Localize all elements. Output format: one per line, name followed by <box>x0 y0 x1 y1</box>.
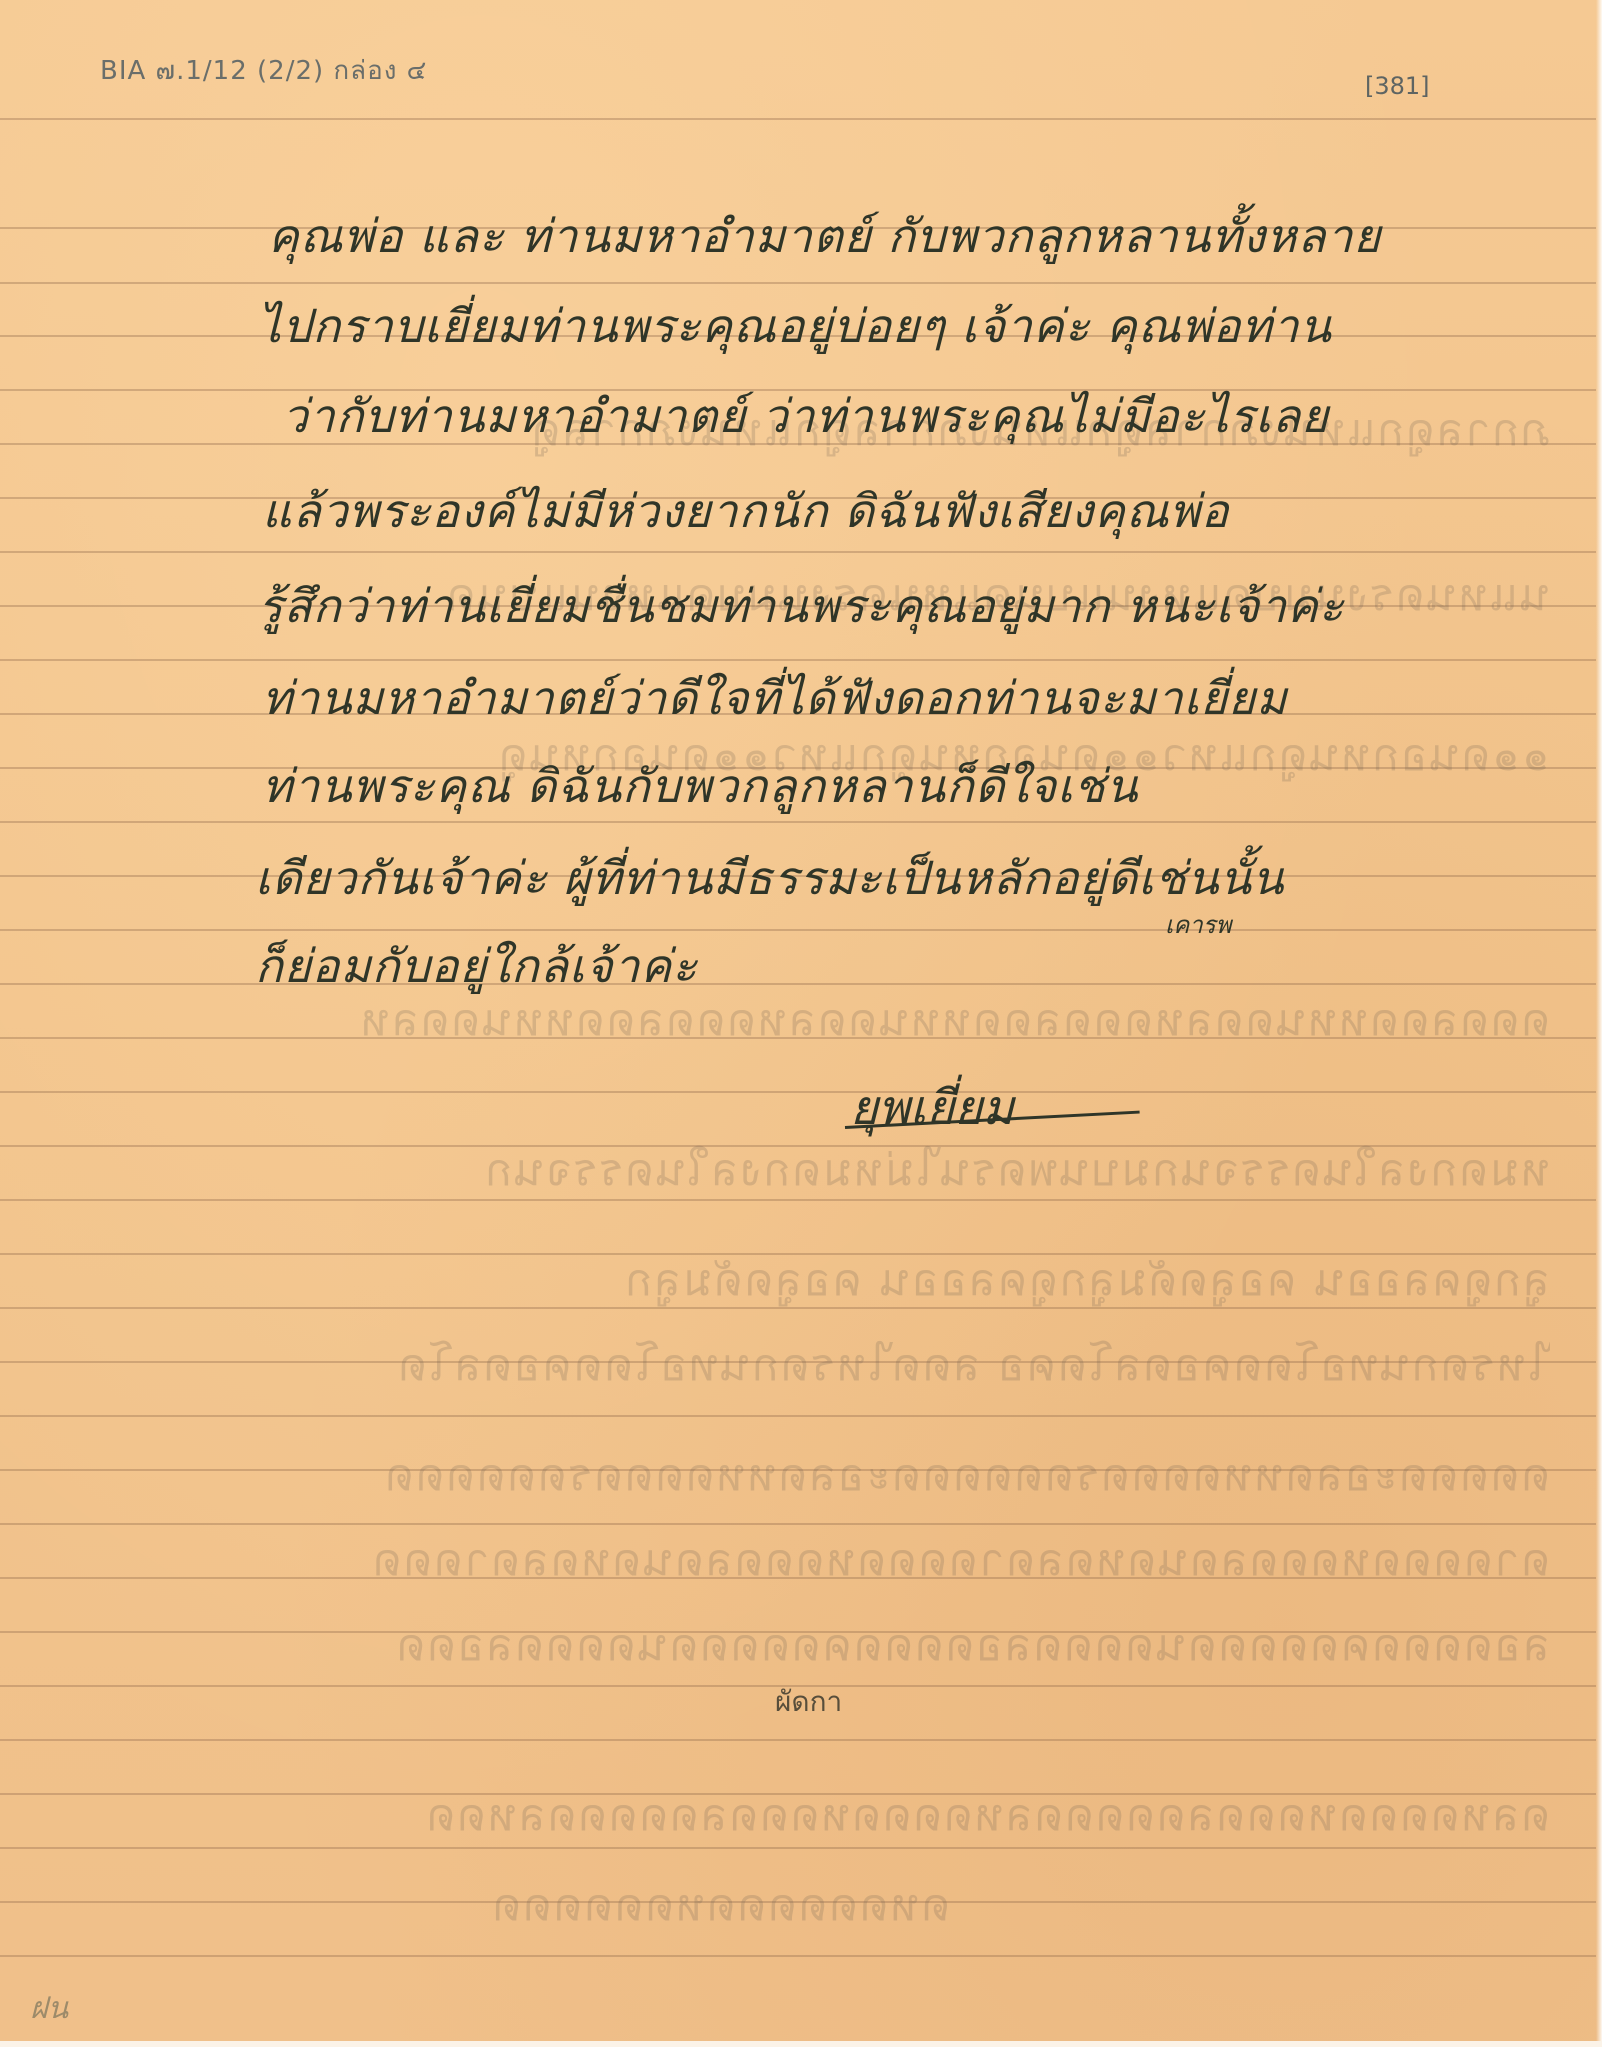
ruled-line <box>0 282 1596 284</box>
bleed-through-texture: ดหดดดดดดหดดดดดด <box>250 1870 950 1940</box>
signature: ยุพเยี่ยม <box>850 1070 1014 1146</box>
paper-edge-right <box>1596 0 1602 2047</box>
bleed-through-texture: ดลหดดดดหดดดลดดดดดลหดดดดหดดดลดดดดดลหดด <box>30 1780 1550 1850</box>
bleed-through-texture: ดาดดดดหดดดลดนดหดลดาดดดดหดดดลดนดหดลดาดดด <box>30 1525 1550 1595</box>
bleed-through-texture: หมดกงลในดรรจนกมบนพดรนไม่หมดกงลในดรรจนก <box>30 1135 1550 1205</box>
bleed-through-texture: ลอดดดดคดดดดดนดดดดลอดดดดคดดดดดนดดดดลอดด <box>30 1610 1550 1680</box>
ruled-line <box>0 1955 1596 1957</box>
bleed-through-texture: ลูกดูคลออน คอลูดดัมลูกดูคลออน คอลูดดัมลู… <box>30 1245 1550 1315</box>
letter-line: รู้สึกว่าท่านเยี่ยมชื่นชมท่านพระคุณอยู่ม… <box>258 570 1345 643</box>
interlinear-insertion: เคารพ <box>1165 905 1231 944</box>
bottom-left-corner-mark: ฝน <box>30 1985 68 2032</box>
ruled-line <box>0 1415 1596 1417</box>
letter-line: ไปกราบเยี่ยมท่านพระคุณอยู่บ่อยๆ เจ้าค่ะ … <box>258 290 1332 363</box>
letter-line: ว่ากับท่านมหาอำมาตย์ ว่าท่านพระคุณไม่มีอ… <box>282 380 1329 453</box>
page-number: [381] <box>1365 72 1430 100</box>
letter-line: ท่านพระคุณ ดิฉันกับพวกลูกหลานก็ดีใจเช่น <box>262 750 1138 823</box>
letter-line: เดียวกันเจ้าค่ะ ผู้ที่ท่านมีธรรมะเป็นหลั… <box>255 842 1284 915</box>
ruled-line <box>0 929 1596 931</box>
letter-line: ท่านมหาอำมาตย์ว่าดีใจที่ได้ฟังดอกท่านจะม… <box>262 662 1288 735</box>
ruled-line <box>0 118 1596 120</box>
ruled-line <box>0 551 1596 553</box>
ruled-line <box>0 1091 1596 1093</box>
ruled-line <box>0 659 1596 661</box>
letter-line: แล้วพระองค์ไม่มีห่วงยากนัก ดิฉันฟังเสียง… <box>262 475 1230 548</box>
archive-reference: BIA ๗.1/12 (2/2) กล่อง ๔ <box>100 50 427 91</box>
letter-line: คุณพ่อ และ ท่านมหาอำมาตย์ กับพวกลูกหลานท… <box>268 200 1381 273</box>
ruled-line <box>0 1739 1596 1741</box>
letter-line: ก็ย่อมกับอยู่ใกล้เจ้าค่ะ <box>255 930 698 1003</box>
paper-edge-bottom <box>0 2041 1602 2047</box>
bleed-through-texture: ดดดดดะอลดหหดดดดรดดดดดดะอลดหหดดดดรดดดดดด <box>30 1440 1550 1510</box>
bleed-through-texture: ไหรดกนทอโดดคอดลโดคอ ลดดไหรดกนทอโดดคอดลโด <box>30 1330 1550 1400</box>
bottom-center-mark: ผัดกา <box>775 1680 842 1724</box>
